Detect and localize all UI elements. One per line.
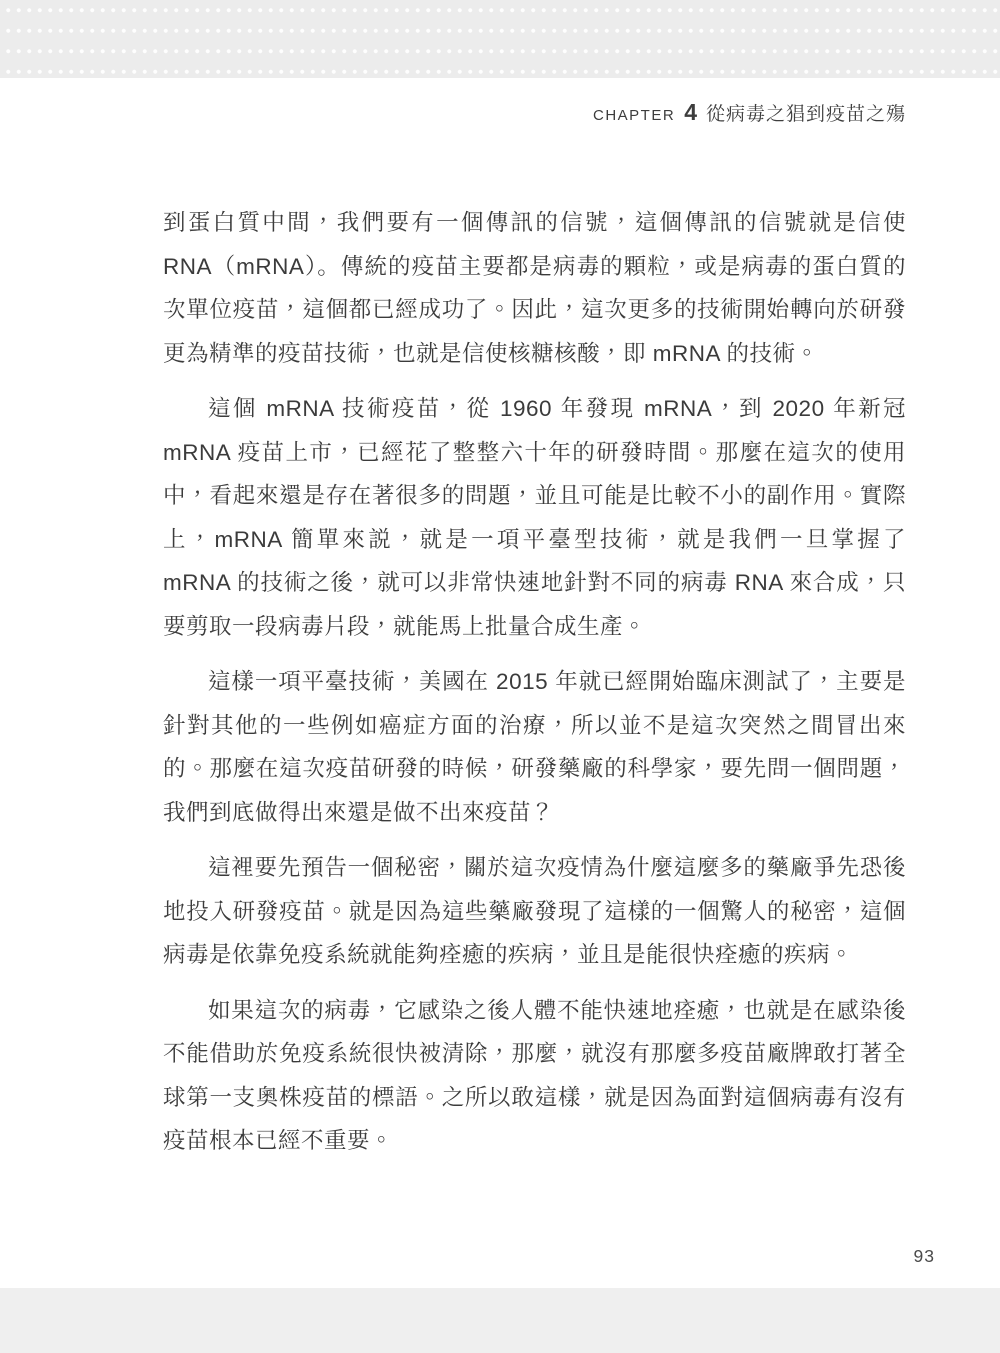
chapter-label: CHAPTER — [593, 107, 675, 124]
page-body: 到蛋白質中間，我們要有一個傳訊的信號，這個傳訊的信號就是信使 RNA（mRNA）… — [163, 201, 906, 1163]
chapter-title: 從病毒之猖到疫苗之殤 — [706, 99, 906, 126]
bottom-decorative-band — [0, 1288, 1000, 1353]
page-number: 93 — [914, 1246, 935, 1267]
top-decorative-dot-band — [0, 0, 1000, 78]
chapter-header: CHAPTER 4 從病毒之猖到疫苗之殤 — [593, 99, 906, 126]
paragraph: 如果這次的病毒，它感染之後人體不能快速地痊癒，也就是在感染後不能借助於免疫系統很… — [163, 989, 906, 1163]
paragraph: 到蛋白質中間，我們要有一個傳訊的信號，這個傳訊的信號就是信使 RNA（mRNA）… — [163, 201, 906, 375]
chapter-number: 4 — [684, 99, 697, 126]
paragraph: 這裡要先預告一個秘密，關於這次疫情為什麼這麼多的藥廠爭先恐後地投入研發疫苗。就是… — [163, 846, 906, 977]
paragraph: 這個 mRNA 技術疫苗，從 1960 年發現 mRNA，到 2020 年新冠 … — [163, 387, 906, 648]
paragraph: 這樣一項平臺技術，美國在 2015 年就已經開始臨床測試了，主要是針對其他的一些… — [163, 660, 906, 834]
book-page: CHAPTER 4 從病毒之猖到疫苗之殤 到蛋白質中間，我們要有一個傳訊的信號，… — [0, 0, 1000, 1353]
